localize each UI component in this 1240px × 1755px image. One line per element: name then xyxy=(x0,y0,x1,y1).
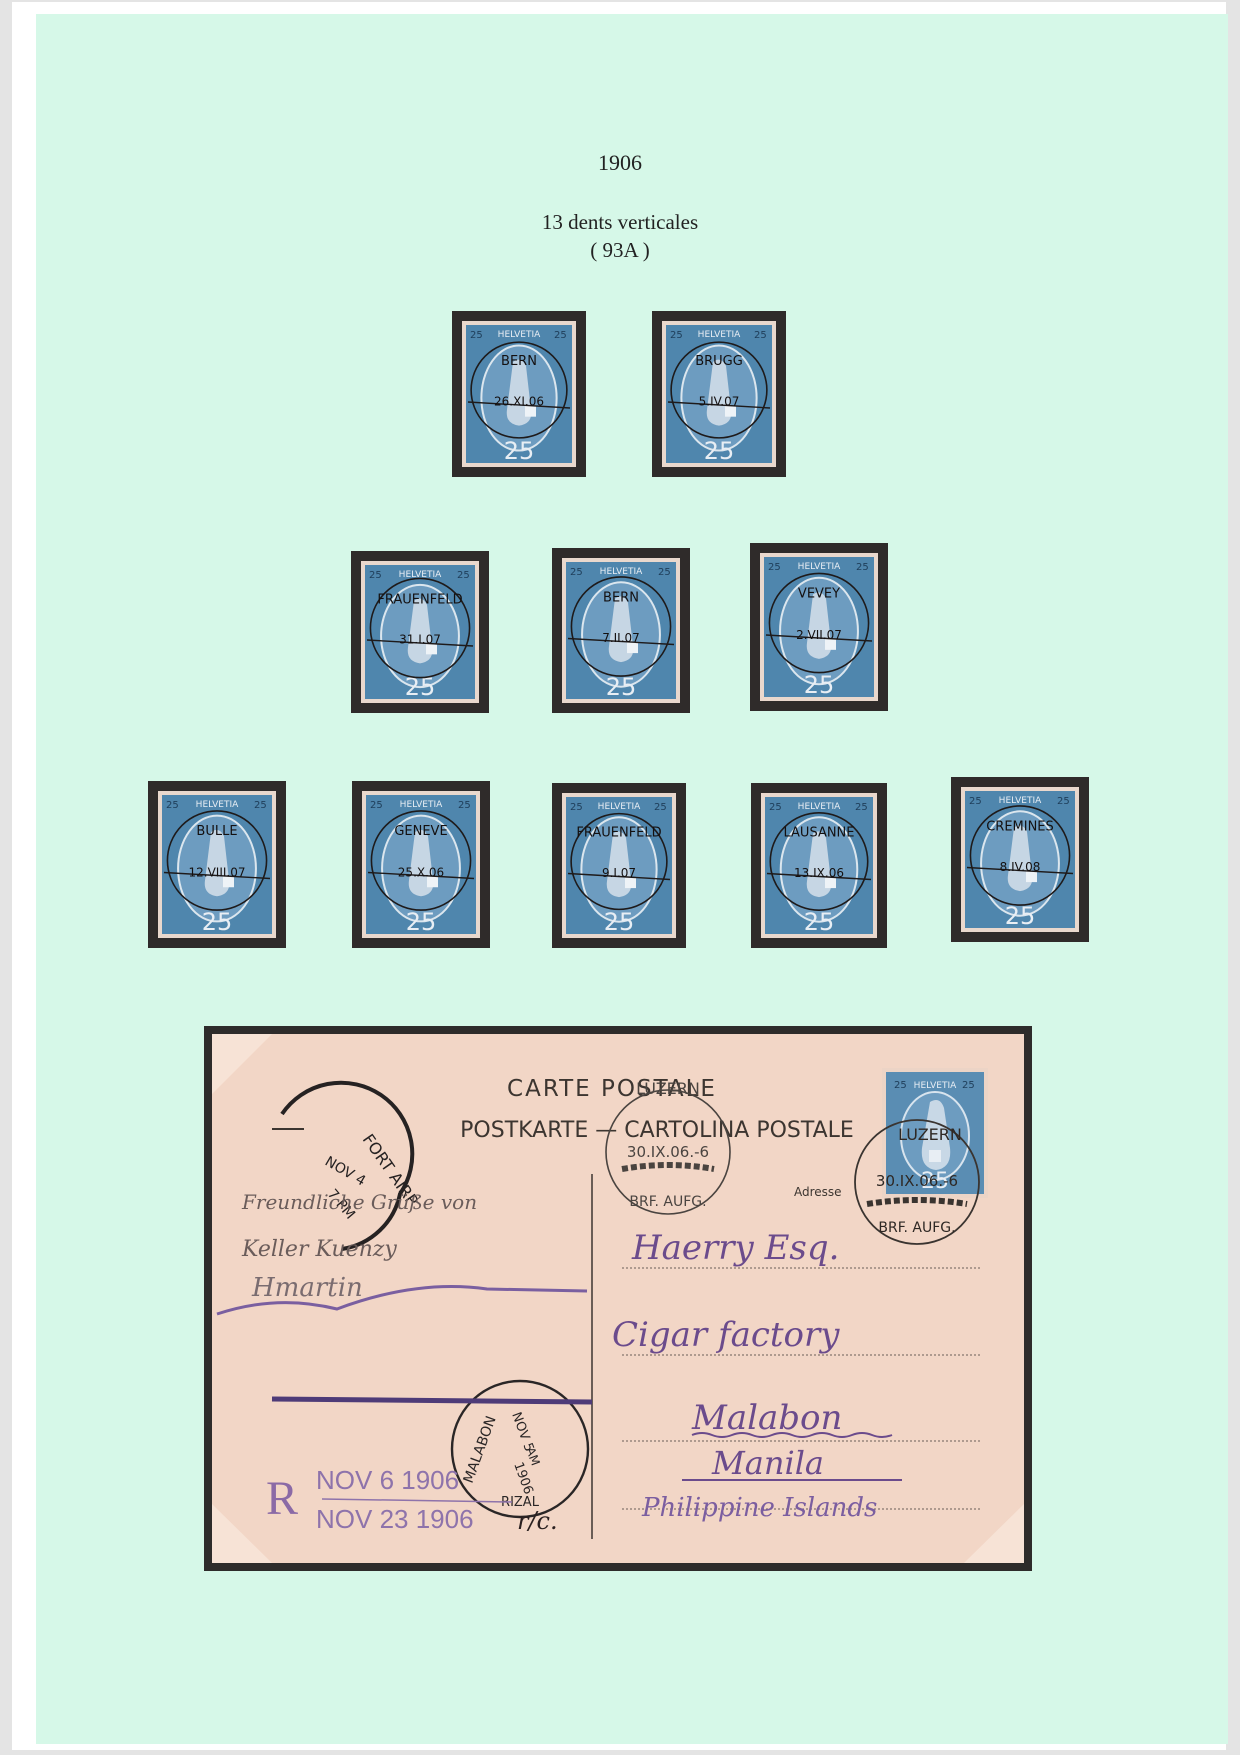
message-line: Keller Kuenzy xyxy=(241,1237,397,1262)
svg-text:25: 25 xyxy=(768,562,781,573)
svg-text:25: 25 xyxy=(458,800,471,811)
stamp-mount: HELVETIA 25 25 25 FRAUENFELD 9.I.07 xyxy=(552,783,686,948)
postcard: CARTE POSTALE POSTKARTE — CARTOLINA POST… xyxy=(212,1034,1024,1563)
address-line: Philippine Islands xyxy=(641,1493,877,1523)
svg-text:25: 25 xyxy=(166,800,179,811)
svg-text:25: 25 xyxy=(570,567,583,578)
svg-text:25: 25 xyxy=(370,800,383,811)
stamp: HELVETIA 25 25 25 FRAUENFELD 9.I.07 xyxy=(562,793,676,938)
svg-text:25: 25 xyxy=(406,908,437,936)
svg-text:25: 25 xyxy=(894,1080,907,1091)
corner-fold xyxy=(964,1504,1024,1563)
svg-text:HELVETIA: HELVETIA xyxy=(498,330,541,340)
message-line: Freundliche Grüße von xyxy=(241,1190,477,1214)
svg-text:25: 25 xyxy=(962,1080,975,1091)
svg-text:25: 25 xyxy=(855,802,868,813)
stamp: HELVETIA 25 25 25 GENEVE 25.X.06 xyxy=(362,791,480,938)
stamp: HELVETIA 25 25 25 FRAUENFELD 31.I.07 xyxy=(361,561,479,703)
stamp: HELVETIA 25 25 25 CREMINES 8.IV.08 xyxy=(961,787,1079,932)
stamp-mount: HELVETIA 25 25 25 VEVEY 2.VII.07 xyxy=(750,543,888,711)
svg-text:25: 25 xyxy=(554,330,567,341)
stamp-mount: HELVETIA 25 25 25 BULLE 12.VIII.07 xyxy=(148,781,286,948)
postcard-artwork: CARTE POSTALE POSTKARTE — CARTOLINA POST… xyxy=(212,1034,1024,1563)
address-line: Malabon xyxy=(691,1398,842,1438)
svg-text:25: 25 xyxy=(606,673,637,701)
svg-text:MALABON: MALABON xyxy=(461,1414,500,1485)
cancel-date: 25.X.06 xyxy=(398,865,444,879)
stamp-mount: HELVETIA 25 25 25 BRUGG 5.IV.07 xyxy=(652,311,786,477)
stamp-mount: HELVETIA 25 25 25 BERN 26.XI.06 xyxy=(452,311,586,477)
svg-text:25: 25 xyxy=(654,802,667,813)
corner-fold xyxy=(212,1504,272,1563)
cancel-town: VEVEY xyxy=(798,586,840,601)
svg-text:HELVETIA: HELVETIA xyxy=(400,800,443,810)
cancel-date: 26.XI.06 xyxy=(494,395,544,409)
svg-text:25: 25 xyxy=(504,437,535,465)
svg-text:HELVETIA: HELVETIA xyxy=(914,1081,957,1091)
svg-text:HELVETIA: HELVETIA xyxy=(196,800,239,810)
cancel-date: 13.IX.06 xyxy=(794,866,844,880)
svg-text:25: 25 xyxy=(769,802,782,813)
svg-text:HELVETIA: HELVETIA xyxy=(600,567,643,577)
svg-text:25: 25 xyxy=(969,796,982,807)
address-label: Adresse xyxy=(794,1185,842,1199)
message-line: Hmartin xyxy=(251,1273,363,1303)
cancel-town: BERN xyxy=(603,591,639,606)
svg-text:30.IX.06.-6: 30.IX.06.-6 xyxy=(627,1143,709,1161)
svg-text:25: 25 xyxy=(670,330,683,341)
page-year-heading: 1906 xyxy=(0,150,1240,176)
cancel-town: BULLE xyxy=(196,824,237,839)
cancel-town: BRUGG xyxy=(695,354,743,369)
stamp-mount: HELVETIA 25 25 25 LAUSANNE 13.IX.06 xyxy=(751,783,887,948)
corner-fold xyxy=(212,1034,272,1094)
registry-date-1: NOV 6 1906 xyxy=(316,1465,459,1495)
cancel-town: LAUSANNE xyxy=(784,826,855,841)
stamp: HELVETIA 25 25 25 BULLE 12.VIII.07 xyxy=(158,791,276,938)
cancel-town: FRAUENFELD xyxy=(576,826,661,841)
svg-text:25: 25 xyxy=(202,908,233,936)
svg-text:25: 25 xyxy=(754,330,767,341)
stamp-mount: HELVETIA 25 25 25 BERN 7.II.07 xyxy=(552,548,690,713)
catalog-number: ( 93A ) xyxy=(0,238,1240,263)
svg-text:25: 25 xyxy=(658,567,671,578)
svg-text:25: 25 xyxy=(1057,796,1070,807)
svg-text:NOV 4: NOV 4 xyxy=(322,1154,368,1190)
svg-text:BRF. AUFG.: BRF. AUFG. xyxy=(878,1220,955,1236)
svg-text:HELVETIA: HELVETIA xyxy=(798,562,841,572)
stamp-mount: HELVETIA 25 25 25 GENEVE 25.X.06 xyxy=(352,781,490,948)
address-line: Haerry Esq. xyxy=(631,1228,839,1268)
cancel-town: CREMINES xyxy=(986,820,1054,835)
svg-text:25: 25 xyxy=(369,570,382,581)
cancel-town: BERN xyxy=(501,354,537,369)
cancel-town: GENEVE xyxy=(394,824,447,839)
svg-text:25: 25 xyxy=(604,908,635,936)
svg-text:25: 25 xyxy=(470,330,483,341)
stamp: HELVETIA 25 25 25 LAUSANNE 13.IX.06 xyxy=(761,793,877,938)
cancel-date: 9.I.07 xyxy=(602,866,636,880)
svg-text:HELVETIA: HELVETIA xyxy=(698,330,741,340)
svg-text:LUZERN: LUZERN xyxy=(636,1079,700,1098)
svg-text:25: 25 xyxy=(254,800,267,811)
cancel-date: 31.I.07 xyxy=(399,632,441,646)
stamp-mount: HELVETIA 25 25 25 FRAUENFELD 31.I.07 xyxy=(351,551,489,713)
stamp-mount: HELVETIA 25 25 25 CREMINES 8.IV.08 xyxy=(951,777,1089,942)
svg-text:25: 25 xyxy=(457,570,470,581)
svg-text:25: 25 xyxy=(804,671,835,699)
stamp: HELVETIA 25 25 25 VEVEY 2.VII.07 xyxy=(760,553,878,701)
cancel-date: 7.II.07 xyxy=(602,631,640,645)
svg-text:25: 25 xyxy=(1005,902,1036,930)
cancel-date: 5.IV.07 xyxy=(699,395,740,409)
violet-strike-line xyxy=(272,1399,592,1402)
svg-text:HELVETIA: HELVETIA xyxy=(999,796,1042,806)
svg-text:25: 25 xyxy=(704,437,735,465)
svg-text:30.IX.06.-6: 30.IX.06.-6 xyxy=(876,1172,958,1190)
svg-text:LUZERN: LUZERN xyxy=(898,1125,962,1144)
postcard-mount: CARTE POSTALE POSTKARTE — CARTOLINA POST… xyxy=(204,1026,1032,1571)
stamp: HELVETIA 25 25 25 BERN 7.II.07 xyxy=(562,558,680,703)
svg-text:HELVETIA: HELVETIA xyxy=(798,802,841,812)
page-subtitle: 13 dents verticales xyxy=(0,210,1240,235)
cancel-town: FRAUENFELD xyxy=(377,593,462,608)
svg-text:25: 25 xyxy=(570,802,583,813)
cancel-date: 8.IV.08 xyxy=(1000,860,1041,874)
cancel-date: 12.VIII.07 xyxy=(189,865,246,879)
cancel-date: 2.VII.07 xyxy=(796,628,842,642)
registry-date-2: NOV 23 1906 xyxy=(316,1504,474,1534)
registry-mark: R xyxy=(266,1472,298,1525)
address-line: Cigar factory xyxy=(612,1315,840,1355)
pencil-note: r/c. xyxy=(517,1507,558,1535)
svg-text:BRF. AUFG.: BRF. AUFG. xyxy=(629,1194,706,1210)
svg-text:25: 25 xyxy=(804,908,835,936)
stamp: HELVETIA 25 25 25 BERN 26.XI.06 xyxy=(462,321,576,467)
stamp: HELVETIA 25 25 25 BRUGG 5.IV.07 xyxy=(662,321,776,467)
svg-text:HELVETIA: HELVETIA xyxy=(598,802,641,812)
svg-text:25: 25 xyxy=(856,562,869,573)
card-title-line2: POSTKARTE — CARTOLINA POSTALE xyxy=(460,1118,854,1143)
address-line: Manila xyxy=(711,1444,824,1482)
